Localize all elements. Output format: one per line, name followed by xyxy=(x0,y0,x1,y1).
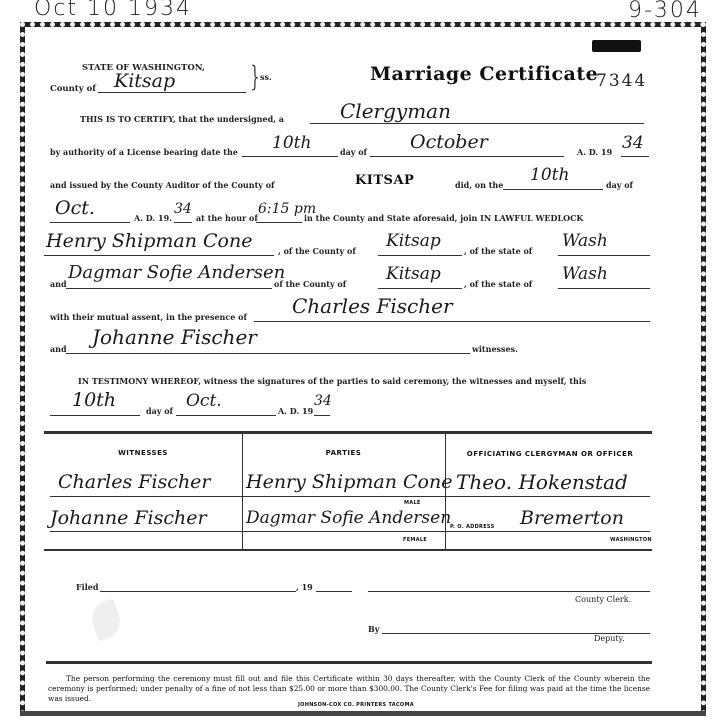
brace-icon: } xyxy=(250,60,259,93)
groom-name-value: Henry Shipman Cone xyxy=(46,230,252,252)
groom-state-value: Wash xyxy=(562,231,608,251)
by-label: By xyxy=(368,624,379,634)
license-day-value: 10th xyxy=(272,133,311,153)
license-text: by authority of a License bearing date t… xyxy=(50,147,238,157)
ad-label: A. D. 19 xyxy=(577,147,612,157)
officiant-signature: Theo. Hokenstad xyxy=(456,470,628,494)
po-address-label: P. O. ADDRESS xyxy=(450,524,494,530)
issuing-county-stamp: KITSAP xyxy=(355,173,414,188)
po-address-value: Bremerton xyxy=(520,507,624,529)
day-of-label: day of xyxy=(340,147,367,157)
filed-label: Filed xyxy=(76,582,98,592)
bride-name-value: Dagmar Sofie Andersen xyxy=(68,262,285,283)
ceremony-year-value: 34 xyxy=(174,201,192,217)
certificate-title: Marriage Certificate xyxy=(370,63,598,85)
license-month-value: October xyxy=(410,131,488,153)
ss-label: ss. xyxy=(260,72,272,82)
witness-signature-2: Johanne Fischer xyxy=(50,507,207,529)
assent-text: with their mutual assent, in the presenc… xyxy=(50,312,247,322)
footer-rule xyxy=(46,661,652,664)
did-on-label: did, on the xyxy=(455,180,503,190)
and-label: and xyxy=(50,279,67,289)
groom-county-value: Kitsap xyxy=(386,231,441,251)
filed-year-prefix: , 19 xyxy=(296,582,313,592)
issued-text: and issued by the County Auditor of the … xyxy=(50,180,274,190)
witnesses-label: witnesses. xyxy=(472,344,518,354)
filing-notice: The person performing the ceremony must … xyxy=(48,674,650,704)
testimony-day-value: 10th xyxy=(72,389,116,411)
testimony-ad-label: A. D. 19 xyxy=(278,406,313,416)
bride-state-value: Wash xyxy=(562,264,608,284)
license-year-value: 34 xyxy=(622,133,644,153)
column-header-witnesses: WITNESSES xyxy=(44,449,242,457)
county-label: County of xyxy=(50,84,96,94)
filed-date-line xyxy=(100,579,296,592)
county-value: Kitsap xyxy=(114,70,175,92)
signature-table-bottom-rule xyxy=(44,549,652,551)
bride-county-label: of the County of xyxy=(274,279,346,289)
signature-row-1-line xyxy=(50,496,650,497)
redacted-number-block xyxy=(592,40,641,52)
deputy-label: Deputy. xyxy=(594,634,625,643)
filed-year-line xyxy=(316,579,352,592)
join-text: in the County and State aforesaid, join … xyxy=(304,213,583,223)
ceremony-month-value: Oct. xyxy=(55,197,95,219)
hour-label: at the hour of xyxy=(196,213,258,223)
ad-label-2: A. D. 19. xyxy=(134,213,172,223)
male-label: MALE xyxy=(404,500,421,506)
county-of-label: , of the County of xyxy=(278,246,356,256)
bride-county-value: Kitsap xyxy=(386,264,441,284)
and-label-2: and xyxy=(50,344,67,354)
printer-credit: JOHNSON-COX CO. PRINTERS TACOMA xyxy=(298,702,414,708)
column-header-parties: PARTIES xyxy=(242,449,445,457)
county-clerk-label: County Clerk. xyxy=(575,595,631,604)
party-signature-bride: Dagmar Sofie Andersen xyxy=(246,508,451,528)
party-signature-groom: Henry Shipman Cone xyxy=(246,471,452,493)
column-header-officiant: OFFICIATING CLERGYMAN OR OFFICER xyxy=(465,449,635,459)
day-of-label-2: day of xyxy=(606,180,633,190)
testimony-day-of-label: day of xyxy=(146,406,173,416)
county-clerk-line xyxy=(368,579,650,592)
signature-row-2-line xyxy=(50,531,650,532)
top-right-reference-annotation: 9-304 xyxy=(628,0,702,23)
ceremony-day-value: 10th xyxy=(530,165,569,185)
testimony-month-value: Oct. xyxy=(186,391,222,411)
witness-1-value: Charles Fischer xyxy=(292,294,453,318)
certificate-number: 7344 xyxy=(596,71,647,91)
top-left-date-annotation: Oct 10 1934 xyxy=(34,0,192,21)
deputy-line xyxy=(382,621,650,634)
female-label: FEMALE xyxy=(403,537,427,543)
testimony-year-value: 34 xyxy=(314,393,332,409)
certificate-frame xyxy=(20,22,706,716)
state-of-label: , of the state of xyxy=(464,246,532,256)
signature-table-top-rule xyxy=(44,431,652,434)
washington-label: WASHINGTON xyxy=(610,537,652,543)
certify-text: THIS IS TO CERTIFY, that the undersigned… xyxy=(80,114,284,124)
officiant-type-value: Clergyman xyxy=(340,99,451,123)
witness-signature-1: Charles Fischer xyxy=(58,471,211,493)
testimony-text: IN TESTIMONY WHEREOF, witness the signat… xyxy=(78,376,586,386)
bride-state-label: , of the state of xyxy=(464,279,532,289)
witness-2-value: Johanne Fischer xyxy=(92,325,257,349)
